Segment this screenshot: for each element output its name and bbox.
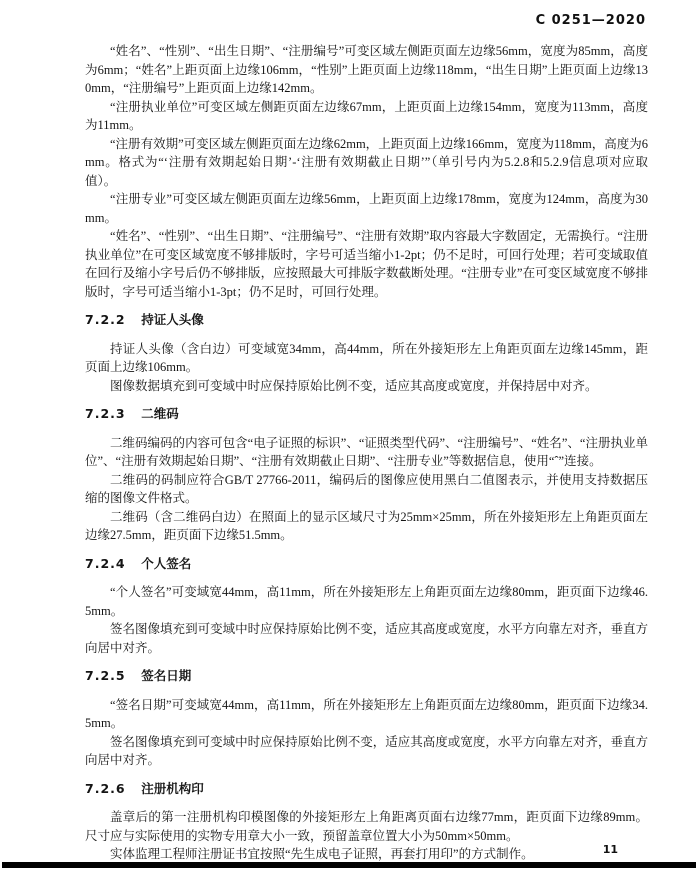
- paragraph-employer-field-layout: “注册执业单位”可变区域左侧距页面左边缘67mm，上距页面上边缘154mm，宽度…: [85, 98, 648, 135]
- paragraph-specialty-field-layout: “注册专业”可变区域左侧距页面左边缘56mm，上距页面上边缘178mm，宽度为1…: [85, 190, 648, 227]
- document-content: “姓名”、“性别”、“出生日期”、“注册编号”可变区域左侧距页面左边缘56mm，…: [85, 42, 648, 864]
- paragraph-signdate-size: “签名日期”可变域宽44mm，高11mm，所在外接矩形左上角距页面左边缘80mm…: [85, 696, 648, 733]
- paragraph-validity-field-layout: “注册有效期”可变区域左侧距页面左边缘62mm，上距页面上边缘166mm，宽度为…: [85, 135, 648, 191]
- paragraph-qrcode-content: 二维码编码的内容可包含“电子证照的标识”、“证照类型代码”、“注册编号”、“姓名…: [85, 434, 648, 471]
- section-number: 7.2.4: [85, 556, 126, 571]
- section-heading-7-2-3: 7.2.3 二维码: [85, 405, 648, 424]
- paragraph-portrait-scaling: 图像数据填充到可变域中时应保持原始比例不变，适应其高度或宽度，并保持居中对齐。: [85, 377, 648, 396]
- paragraph-signdate-scaling: 签名图像填充到可变域中时应保持原始比例不变，适应其高度或宽度，水平方向靠左对齐，…: [85, 733, 648, 770]
- page-number: 11: [603, 843, 618, 856]
- section-number: 7.2.5: [85, 668, 126, 683]
- section-title: 个人签名: [141, 556, 191, 571]
- section-heading-7-2-6: 7.2.6 注册机构印: [85, 780, 648, 799]
- paragraph-seal-position: 盖章后的第一注册机构印模图像的外接矩形左上角距离页面右边缘77mm，距页面下边缘…: [85, 808, 648, 845]
- section-number: 7.2.6: [85, 781, 126, 796]
- section-number: 7.2.3: [85, 406, 126, 421]
- paragraph-qrcode-size: 二维码（含二维码白边）在照面上的显示区域尺寸为25mm×25mm，所在外接矩形左…: [85, 508, 648, 545]
- section-title: 签名日期: [141, 668, 191, 683]
- section-heading-7-2-2: 7.2.2 持证人头像: [85, 311, 648, 330]
- scan-edge-bar: [2, 862, 696, 868]
- paragraph-seal-production: 实体监理工程师注册证书宜按照“先生成电子证照，再套打用印”的方式制作。: [85, 845, 648, 864]
- section-title: 注册机构印: [141, 781, 204, 796]
- section-heading-7-2-4: 7.2.4 个人签名: [85, 555, 648, 574]
- paragraph-portrait-size: 持证人头像（含白边）可变域宽34mm，高44mm，所在外接矩形左上角距页面左边缘…: [85, 340, 648, 377]
- paragraph-name-fields-layout: “姓名”、“性别”、“出生日期”、“注册编号”可变区域左侧距页面左边缘56mm，…: [85, 42, 648, 98]
- section-title: 二维码: [141, 406, 179, 421]
- paragraph-signature-scaling: 签名图像填充到可变域中时应保持原始比例不变，适应其高度或宽度，水平方向靠左对齐，…: [85, 620, 648, 657]
- section-title: 持证人头像: [141, 312, 204, 327]
- paragraph-signature-size: “个人签名”可变域宽44mm，高11mm，所在外接矩形左上角距页面左边缘80mm…: [85, 583, 648, 620]
- section-number: 7.2.2: [85, 312, 126, 327]
- standard-code-header: C 0251—2020: [536, 13, 646, 28]
- paragraph-typesetting-rules: “姓名”、“性别”、“出生日期”、“注册编号”、“注册有效期”取内容最大字数固定…: [85, 227, 648, 301]
- paragraph-qrcode-standard: 二维码的码制应符合GB/T 27766-2011，编码后的图像应使用黑白二值图表…: [85, 471, 648, 508]
- section-heading-7-2-5: 7.2.5 签名日期: [85, 667, 648, 686]
- document-page: C 0251—2020 “姓名”、“性别”、“出生日期”、“注册编号”可变区域左…: [0, 0, 700, 870]
